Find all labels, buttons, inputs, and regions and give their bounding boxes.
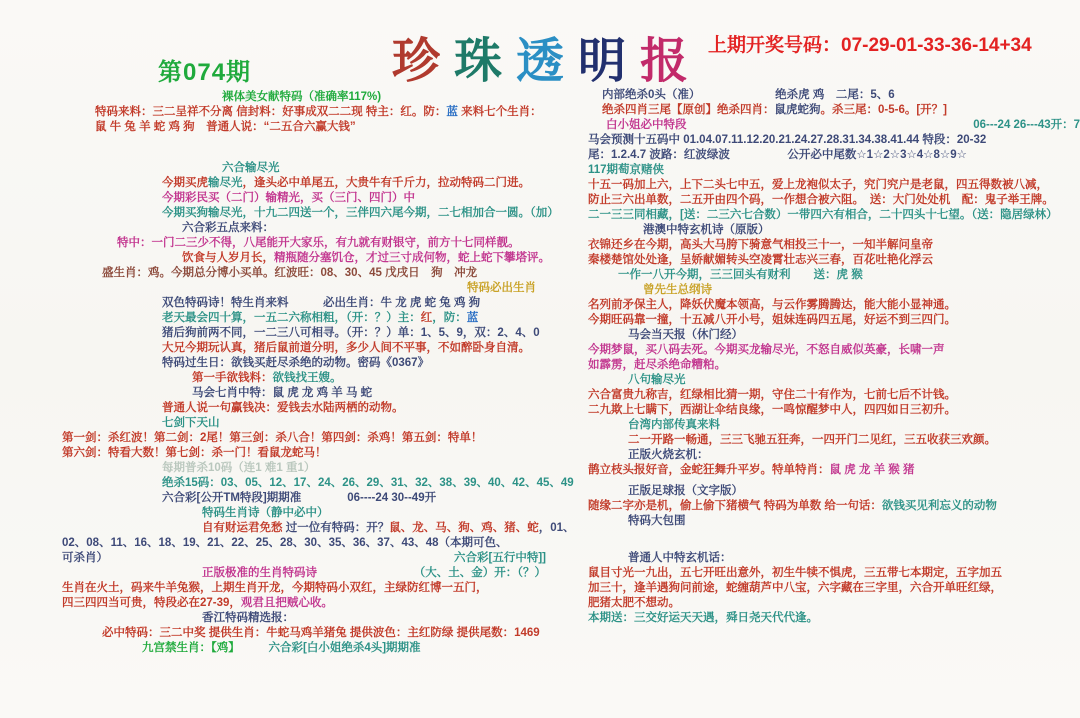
- text-line: 今期买虎输尽光，逢头必中单尾五，大贵牛有千斤力，拉动特码二门进。: [62, 176, 546, 191]
- text-segment: （大、土、金）开：（？）: [414, 566, 546, 581]
- text-segment: 普通人说一句赢钱决：爱钱去水陆两栖的动物。: [162, 402, 404, 414]
- text-segment: 港澳中特玄机诗（原版）: [643, 224, 770, 236]
- issue-number: 第074期: [158, 52, 251, 87]
- text-line: 双色特码诗！特生肖来料 必出生肖：牛 龙 虎 蛇 兔 鸡 狗: [62, 296, 546, 311]
- text-line: 二一三三同相藏，[送：二三六七合数）一带四六有相合，二十四头十七望。（送：隐居绿…: [588, 208, 1080, 223]
- text-line: 名列前矛保主人，降妖伏魔本领高，与云作雾腾腾达，能大能小显神通。: [588, 298, 1080, 313]
- text-segment: 舜日尧天代代逢。: [726, 612, 818, 624]
- text-line: 六合彩[公开TM特段]期期准 06----24 30--49开: [62, 491, 546, 506]
- text-segment: 裸体美女献特码（准确率117%): [222, 91, 381, 103]
- text-segment: 今期买狗输尽光，十九二四送一个，三伴四六尾今期，二七相加合一圆。（加）: [162, 207, 559, 219]
- text-line: 猪后狗前两不同，一二三八可相寻。（开：？）单：1、5、9，双：2、4、0: [62, 326, 546, 341]
- text-segment: 尾：1.2.4.7 波路：红波绿波 公开必中尾数☆1☆2☆3☆4☆8☆9☆: [588, 149, 967, 161]
- text-segment: 马会预测十五码中 01.04.07.11.12.20.21.24.27.28.3…: [588, 134, 986, 146]
- text-line: 一作一八开今期，三三回头有财利 送：虎 猴: [588, 268, 1080, 283]
- text-line: 第六剑：特看大数！第七剑：杀一门！看鼠龙蛇马！: [62, 446, 546, 461]
- text-segment: 今期彩民买（二门）输精光，买（三门、四门）中: [162, 192, 415, 204]
- text-line: 六合输尽光: [62, 161, 546, 176]
- text-segment: 特中：一门二三少不得，八尾能开大家乐，有九就有财银守，前方十七同样靓。: [117, 237, 520, 249]
- text-segment: 饮食与人岁月长，: [182, 252, 274, 264]
- text-segment: 防止三六出单数，二五开由四个码，一作想合被六阻。 送：大门处处机 配：鬼子举王牌…: [588, 194, 1054, 206]
- last-draw: 上期开奖号码：07-29-01-33-36-14+34: [708, 30, 1032, 57]
- text-line: 香江特码精选报：: [62, 611, 546, 626]
- text-segment: 鹊立枝头报好音，金蛇狂舞升平岁。特单特肖：: [588, 464, 830, 476]
- text-line: 生肖在火土，码来牛羊兔猴，上期生肖开龙，今期特码小双红，主绿防红博一五门，: [62, 581, 546, 596]
- text-line: 随缘二字亦是机，偷上偷下猪横气 特码为单数 给一句话：欲钱买见利忘义的动物: [588, 499, 1080, 514]
- text-line: 二一开路一畅通，三三飞驰五狂奔，一四开门二见红，三五收获三欢颜。: [588, 433, 1080, 448]
- text-line: 六合富贵九称吉，红绿相比猜一期，守住二十有作为，七前七后不计钱。: [588, 388, 1080, 403]
- text-line: 特码必出生肖: [62, 281, 546, 296]
- text-segment: 正版足球报（文字版）: [628, 485, 743, 497]
- text-segment: 一作一八开今期，三三回头有财利 送：虎 猴: [618, 269, 863, 281]
- text-segment: 正版火烧玄机：: [628, 449, 709, 461]
- text-segment: 绝杀15码：03、05、12、17、24、26、29、31、32、38、39、4…: [162, 477, 574, 489]
- text-line: 可杀肖）六合彩[五行中特]]: [62, 551, 546, 566]
- text-line: 四三四四当可贵，特段必在27-39，观君且把贼心收。: [62, 596, 546, 611]
- text-segment: 老天最会四十算，一五二六称相粗，（开：？）主：: [162, 312, 421, 324]
- text-line: 今期梦鼠，买八码去死。今期买龙输尽光，不怒自威似英豪，长啸一声: [588, 343, 1080, 358]
- text-segment: 鼠目寸光一九出，五七开旺出意外，初生牛犊不惧虎，三五带七本期定，五字加五: [588, 567, 1002, 579]
- text-segment: 绝杀四肖三尾【原创】绝杀四肖：: [602, 104, 775, 116]
- text-line: 特码来料：三二呈祥不分离 信封料：好事成双二二现 特主：红。防：蓝 来料七个生肖…: [62, 105, 546, 120]
- text-segment: 鼠、龙、马、狗、鸡、猪、蛇: [389, 522, 539, 534]
- text-segment: 肥猪太肥不想动。: [588, 597, 680, 609]
- text-line: 正版极准的生肖特码诗（大、土、金）开：（？）: [62, 566, 546, 581]
- text-line: 马会预测十五码中 01.04.07.11.12.20.21.24.27.28.3…: [588, 133, 1080, 148]
- text-segment: 可杀肖）: [62, 551, 108, 566]
- text-segment: 秦楼楚馆处处逢，呈娇献媚转头空凌霄壮志兴三春，百花吐艳化浮云: [588, 254, 933, 266]
- text-segment: ，01、: [539, 522, 575, 534]
- text-segment: 白小姐必中特段: [606, 118, 687, 133]
- text-line: 今期彩民买（二门）输精光，买（三门、四门）中: [62, 191, 546, 206]
- text-line: 02、08、11、16、18、19、21、22、25、28、30、35、36、3…: [62, 536, 546, 551]
- text-line: 第一手欲钱料：欲钱找王嫂。: [62, 371, 546, 386]
- text-line: 肥猪太肥不想动。: [588, 596, 1080, 611]
- text-segment: 名列前矛保主人，降妖伏魔本领高，与云作雾腾腾达，能大能小显神通。: [588, 299, 956, 311]
- text-segment: 观君且把贼心收。: [241, 597, 333, 609]
- text-line: 秦楼楚馆处处逢，呈娇献媚转头空凌霄壮志兴三春，百花吐艳化浮云: [588, 253, 1080, 268]
- title-char: 珠: [454, 35, 502, 88]
- text-segment: 六合彩[公开TM特段]期期准 06----24 30--49开: [162, 492, 436, 504]
- text-segment: 特码来料：三二呈祥不分离 信封料：好事成双二二现 特主：红。防：: [95, 106, 446, 118]
- text-line: 鹊立枝头报好音，金蛇狂舞升平岁。特单特肖：鼠 虎 龙 羊 猴 猪: [588, 463, 1080, 478]
- left-column: 裸体美女献特码（准确率117%)特码来料：三二呈祥不分离 信封料：好事成双二二现…: [62, 90, 546, 656]
- text-segment: 必中特码：三二中奖 提供生肖：牛蛇马鸡羊猪兔 提供波色：主红防绿 提供尾数：14…: [102, 627, 540, 639]
- text-segment: 蓝: [446, 106, 458, 118]
- text-segment: 二一开路一畅通，三三飞驰五狂奔，一四开门二见红，三五收获三欢颜。: [628, 434, 996, 446]
- text-segment: 特码生肖诗（静中必中）: [202, 507, 329, 519]
- text-segment: 红: [421, 312, 433, 324]
- text-line: 必中特码：三二中奖 提供生肖：牛蛇马鸡羊猪兔 提供波色：主红防绿 提供尾数：14…: [62, 626, 546, 641]
- text-line: 第一剑：杀红波！第二剑：2尾！第三剑：杀八合！第四剑：杀鸡！第五剑：特单！: [62, 431, 546, 446]
- text-segment: 今期旺码靠一撞，十五减八开小号，姐妹连码四五尾，好运不到三四门。: [588, 314, 956, 326]
- text-line: 特码过生日：欲钱买赶尽杀绝的动物。密码《0367》: [62, 356, 546, 371]
- text-segment: 蓝: [467, 312, 479, 324]
- text-segment: 衣锦还乡在今期，高头大马胯下骑意气相投三十一，一知半解问皇帝: [588, 239, 933, 251]
- text-segment: 06---24 26---43开：7: [973, 118, 1080, 133]
- text-segment: 精瓶随分塞饥仓，才过三寸成何物，蛇上蛇下攀塔评。: [274, 252, 550, 264]
- text-line: 绝杀四肖三尾【原创】绝杀四肖：鼠虎蛇狗。杀三尾：0-5-6。[开？]: [588, 103, 1080, 118]
- text-segment: 猪后狗前两不同，一二三八可相寻。（开：？）单：1、5、9，双：2、4、0: [162, 327, 540, 339]
- text-line: 普通人说一句赢钱决：爱钱去水陆两栖的动物。: [62, 401, 546, 416]
- text-line: 加三十，逢羊遇狗问前途，蛇缠葫芦中八宝，六字藏在三字里，六合开单旺红绿，: [588, 581, 1080, 596]
- text-line: 饮食与人岁月长，精瓶随分塞饥仓，才过三寸成何物，蛇上蛇下攀塔评。: [62, 251, 546, 266]
- text-line: 本期送：三交好运天天遇，舜日尧天代代逢。: [588, 611, 1080, 626]
- text-segment: 鼠 牛 兔 羊 蛇 鸡 狗 普通人说：“二五合六赢大钱”: [95, 121, 356, 133]
- text-segment: 六合彩[五行中特]]: [454, 551, 546, 566]
- text-segment: 内部绝杀0头（准） 绝杀虎 鸡 二尾：5、6: [602, 89, 895, 101]
- text-segment: 今期买虎: [162, 177, 208, 189]
- text-line: 七剑下天山: [62, 416, 546, 431]
- text-segment: 曾先生总纲诗: [643, 284, 712, 296]
- text-segment: 第六剑：特看大数！第七剑：杀一门！看鼠龙蛇马！: [62, 447, 327, 459]
- text-line: 曾先生总纲诗: [588, 283, 1080, 298]
- title-char: 明: [578, 35, 626, 88]
- text-line: 今期买狗输尽光，十九二四送一个，三伴四六尾今期，二七相加合一圆。（加）: [62, 206, 546, 221]
- text-line: 内部绝杀0头（准） 绝杀虎 鸡 二尾：5、6: [588, 88, 1080, 103]
- text-line: 十五一码加上六，上下二头七中五，爱上龙袍似太子，究门究户是老鼠，四五得数被八减，: [588, 178, 1080, 193]
- text-segment: 六合彩[白小姐绝杀4头]期期准: [234, 642, 421, 654]
- text-segment: 输尽光: [208, 177, 243, 189]
- text-segment: 。杀三尾：0-5-6。[开？]: [821, 104, 948, 116]
- text-line: 117期萄京赌侠: [588, 163, 1080, 178]
- text-segment: 鼠虎蛇狗: [775, 104, 821, 116]
- title-char: 报: [640, 35, 688, 88]
- text-line: 今期旺码靠一撞，十五减八开小号，姐妹连码四五尾，好运不到三四门。: [588, 313, 1080, 328]
- text-line: 盛生肖：鸡。今期总分博小买单。红波旺：08、30、45 戊戌日 狗 冲龙: [62, 266, 546, 281]
- text-line: 马会七肖中特：鼠 虎 龙 鸡 羊 马 蛇: [62, 386, 546, 401]
- last-draw-label: 上期开奖号码：: [708, 35, 841, 56]
- text-segment: 欲钱买见利忘义的动物: [882, 500, 997, 512]
- text-line: 防止三六出单数，二五开由四个码，一作想合被六阻。 送：大门处处机 配：鬼子举王牌…: [588, 193, 1080, 208]
- text-segment: 普通人中特玄机话：: [628, 552, 732, 564]
- text-line: 鼠 牛 兔 羊 蛇 鸡 狗 普通人说：“二五合六赢大钱”: [62, 120, 546, 135]
- text-segment: 本期送：三交好运天天遇，: [588, 612, 726, 624]
- text-segment: 117期萄京赌侠: [588, 164, 664, 176]
- text-line: 鼠目寸光一九出，五七开旺出意外，初生牛犊不惧虎，三五带七本期定，五字加五: [588, 566, 1080, 581]
- title-char: 透: [516, 35, 564, 88]
- text-line: 绝杀15码：03、05、12、17、24、26、29、31、32、38、39、4…: [62, 476, 546, 491]
- text-segment: 四三四四当可贵，特段必在27-39，: [62, 597, 241, 609]
- text-segment: 鼠 虎 龙 羊 猴 猪: [830, 464, 915, 476]
- text-segment: 七剑下天山: [162, 417, 220, 429]
- text-segment: 特码大包围: [628, 515, 686, 527]
- text-segment: 第一剑：杀红波！第二剑：2尾！第三剑：杀八合！第四剑：杀鸡！第五剑：特单！: [62, 432, 482, 444]
- text-line: 正版火烧玄机：: [588, 448, 1080, 463]
- text-segment: 过一位有特码：开？: [283, 522, 390, 534]
- text-segment: ，防：: [432, 312, 467, 324]
- text-line: 九宫禁生肖：【鸡】 六合彩[白小姐绝杀4头]期期准: [62, 641, 546, 656]
- text-segment: 香江特码精选报：: [202, 612, 294, 624]
- text-line: 台湾内部传真来料: [588, 418, 1080, 433]
- text-line: 衣锦还乡在今期，高头大马胯下骑意气相投三十一，一知半解问皇帝: [588, 238, 1080, 253]
- text-segment: 02、08、11、16、18、19、21、22、25、28、30、35、36、3…: [62, 537, 508, 549]
- text-line: 裸体美女献特码（准确率117%): [62, 90, 546, 105]
- text-segment: 今期梦鼠，买八码去死。今期买龙输尽光，不怒自威似英豪，长啸一声: [588, 344, 945, 356]
- text-segment: 二九欺上七瞒下，西湖让伞结良缘，一鸣惊醒梦中人，四四如日三初升。: [588, 404, 956, 416]
- text-line: 每期普杀10码（连1 难1 重1）: [62, 461, 546, 476]
- text-line: 老天最会四十算，一五二六称相粗，（开：？）主：红，防：蓝: [62, 311, 546, 326]
- text-segment: 六合输尽光: [222, 162, 280, 174]
- text-segment: 正版极准的生肖特码诗: [202, 566, 317, 581]
- text-segment: 自有财运君免愁: [202, 522, 283, 534]
- text-segment: 六合富贵九称吉，红绿相比猜一期，守住二十有作为，七前七后不计钱。: [588, 389, 956, 401]
- text-segment: 马会七肖中特：鼠 虎 龙 鸡 羊 马 蛇: [192, 387, 372, 399]
- text-line: 特中：一门二三少不得，八尾能开大家乐，有九就有财银守，前方十七同样靓。: [62, 236, 546, 251]
- text-line: 二九欺上七瞒下，西湖让伞结良缘，一鸣惊醒梦中人，四四如日三初升。: [588, 403, 1080, 418]
- text-segment: 生肖在火土，码来牛羊兔猴，上期生肖开龙，今期特码小双红，主绿防红博一五门，: [62, 582, 488, 594]
- text-line: 马会当天报（休门经）: [588, 328, 1080, 343]
- text-line: 大兄今期玩认真，猪后鼠前道分明，多少人间不平事，不如醉卧身自清。: [62, 341, 546, 356]
- text-line: 普通人中特玄机话：: [588, 551, 1080, 566]
- text-segment: 随缘二字亦是机，偷上偷下猪横气 特码为单数 给一句话：: [588, 500, 882, 512]
- text-segment: 八句输尽光: [628, 374, 686, 386]
- text-segment: 第一手欲钱料：: [192, 372, 273, 384]
- text-line: 六合彩五点来料：: [62, 221, 546, 236]
- text-line: 如霹雳，赶尽杀绝命糟粕。: [588, 358, 1080, 373]
- newspaper-page: 第074期 珍珠透明报 上期开奖号码：07-29-01-33-36-14+34 …: [0, 0, 1080, 718]
- text-line: 八句输尽光: [588, 373, 1080, 388]
- text-segment: 特码过生日：欲钱买赶尽杀绝的动物。密码《0367》: [162, 357, 429, 369]
- right-column: 内部绝杀0头（准） 绝杀虎 鸡 二尾：5、6绝杀四肖三尾【原创】绝杀四肖：鼠虎蛇…: [588, 88, 1080, 626]
- text-line: 白小姐必中特段06---24 26---43开：7: [588, 118, 1080, 133]
- text-segment: 如霹雳，赶尽杀绝命糟粕。: [588, 359, 726, 371]
- text-segment: 盛生肖：鸡。今期总分博小买单。红波旺：08、30、45 戊戌日 狗 冲龙: [102, 267, 477, 279]
- text-segment: 台湾内部传真来料: [628, 419, 720, 431]
- text-segment: 来料七个生肖：: [458, 106, 542, 118]
- newspaper-title: 珍珠透明报: [385, 22, 695, 91]
- title-char: 珍: [392, 35, 440, 88]
- text-segment: 马会当天报（休门经）: [628, 329, 743, 341]
- text-line: 港澳中特玄机诗（原版）: [588, 223, 1080, 238]
- text-segment: 加三十，逢羊遇狗问前途，蛇缠葫芦中八宝，六字藏在三字里，六合开单旺红绿，: [588, 582, 1002, 594]
- text-line: 特码大包围: [588, 514, 1080, 529]
- text-segment: 每期普杀10码（连1 难1 重1）: [162, 462, 315, 474]
- text-segment: 六合彩五点来料：: [182, 222, 274, 234]
- text-segment: 九宫禁生肖：【鸡】: [142, 642, 234, 654]
- text-line: 自有财运君免愁 过一位有特码：开？鼠、龙、马、狗、鸡、猪、蛇，01、: [62, 521, 546, 536]
- text-segment: 大兄今期玩认真，猪后鼠前道分明，多少人间不平事，不如醉卧身自清。: [162, 342, 530, 354]
- text-line: 尾：1.2.4.7 波路：红波绿波 公开必中尾数☆1☆2☆3☆4☆8☆9☆: [588, 148, 1080, 163]
- text-segment: 欲钱找王嫂。: [273, 372, 342, 384]
- text-segment: 特码必出生肖: [467, 282, 536, 294]
- text-segment: 双色特码诗！特生肖来料 必出生肖：牛 龙 虎 蛇 兔 鸡 狗: [162, 297, 480, 309]
- last-draw-numbers: 07-29-01-33-36-14+34: [841, 35, 1032, 56]
- text-segment: 二一三三同相藏，[送：二三六七合数）一带四六有相合，二十四头十七望。（送：隐居绿…: [588, 209, 1058, 221]
- text-segment: 十五一码加上六，上下二头七中五，爱上龙袍似太子，究门究户是老鼠，四五得数被八减，: [588, 179, 1048, 191]
- text-line: 正版足球报（文字版）: [588, 484, 1080, 499]
- text-line: 特码生肖诗（静中必中）: [62, 506, 546, 521]
- text-segment: ，逢头必中单尾五，大贵牛有千斤力，拉动特码二门进。: [243, 177, 531, 189]
